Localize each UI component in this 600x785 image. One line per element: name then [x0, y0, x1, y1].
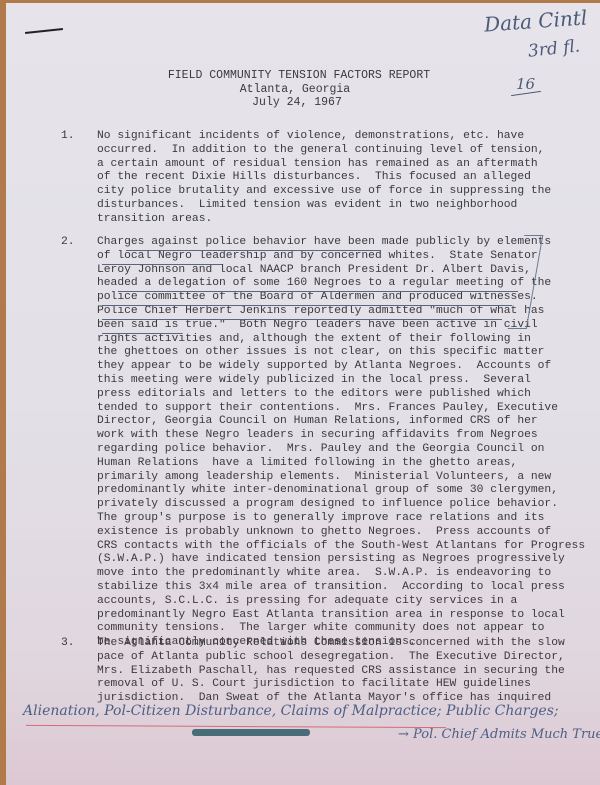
report-title: FIELD COMMUNITY TENSION FACTORS REPORT	[2, 69, 596, 82]
handwritten-note-floor: 3rd fl.	[527, 36, 581, 61]
report-location: Atlanta, Georgia	[0, 83, 592, 96]
handwritten-underline	[126, 250, 381, 251]
handwritten-summary-line2: → Pol. Chief Admits Much True	[398, 727, 600, 742]
paragraph-body: No significant incidents of violence, de…	[97, 130, 551, 227]
handwritten-note-top: Data Cintl	[483, 5, 588, 36]
scribbled-out-text	[192, 729, 310, 736]
handwritten-underline	[102, 264, 222, 265]
paragraph-body: The Atlanta Community Relations Commissi…	[97, 637, 565, 706]
handwritten-summary-line1: Alienation, Pol-Citizen Disturbance, Cla…	[23, 703, 559, 719]
handwritten-underline	[102, 319, 502, 320]
paragraph-number: 1.	[61, 130, 75, 144]
paragraph-body: Charges against police behavior have bee…	[97, 236, 585, 650]
red-underline	[26, 725, 446, 728]
pen-mark	[25, 28, 63, 34]
paragraph-number: 3.	[61, 637, 75, 651]
paragraph-number: 2.	[61, 236, 75, 250]
handwritten-underline	[102, 305, 512, 306]
document-page: Data Cintl 3rd fl. 16 FIELD COMMUNITY TE…	[6, 3, 600, 785]
handwritten-underline	[118, 291, 518, 292]
report-date: July 24, 1967	[0, 96, 594, 109]
handwritten-underline	[102, 333, 182, 334]
